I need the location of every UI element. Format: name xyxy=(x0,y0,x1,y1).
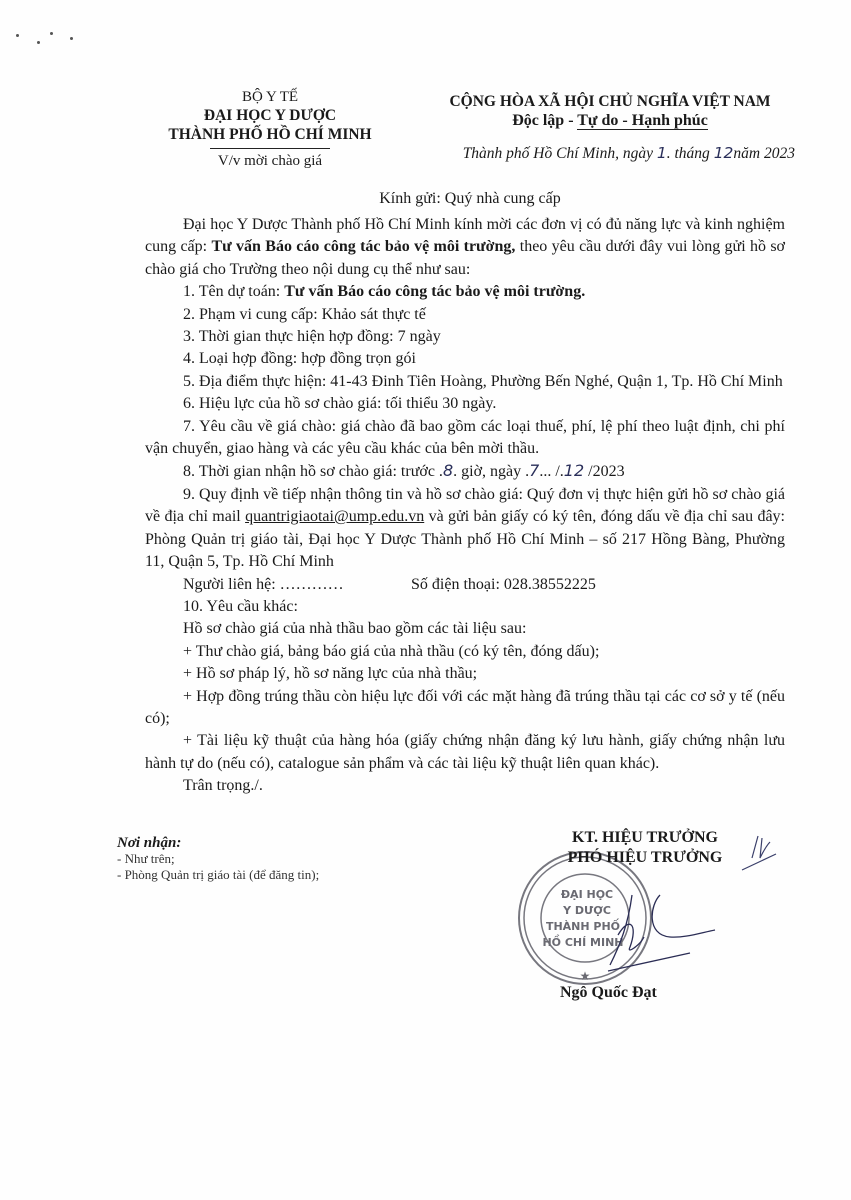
letter-body: Đại học Y Dược Thành phố Hồ Chí Minh kín… xyxy=(145,214,785,798)
item-8: 8. Thời gian nhận hồ sơ chào giá: trước … xyxy=(145,460,785,483)
recipient-item: - Như trên; xyxy=(117,851,319,867)
handwritten-month: 12 xyxy=(714,144,734,162)
item-10: 10. Yêu cầu khác: xyxy=(145,596,785,618)
doc-requirement: + Thư chào giá, bảng báo giá của nhà thầ… xyxy=(145,641,785,663)
recipients-block: Nơi nhận: - Như trên; - Phòng Quản trị g… xyxy=(117,835,319,883)
handwritten-signature-icon xyxy=(600,875,720,985)
recipient-item: - Phòng Quản trị giáo tài (để đăng tin); xyxy=(117,867,319,883)
university-name-line1: ĐẠI HỌC Y DƯỢC xyxy=(130,106,410,125)
signature-block: KT. HIỆU TRƯỞNG PHÓ HIỆU TRƯỞNG xyxy=(540,828,750,868)
issuer-header: BỘ Y TẾ ĐẠI HỌC Y DƯỢC THÀNH PHỐ HỒ CHÍ … xyxy=(130,88,410,170)
signature-title-1: KT. HIỆU TRƯỞNG xyxy=(540,828,750,848)
intro-paragraph: Đại học Y Dược Thành phố Hồ Chí Minh kín… xyxy=(145,214,785,281)
doc-requirement: + Tài liệu kỹ thuật của hàng hóa (giấy c… xyxy=(145,730,785,775)
ministry-name: BỘ Y TẾ xyxy=(130,88,410,106)
item-6: 6. Hiệu lực của hồ sơ chào giá: tối thiể… xyxy=(145,393,785,415)
item-10-intro: Hồ sơ chào giá của nhà thầu bao gồm các … xyxy=(145,618,785,640)
signer-name: Ngô Quốc Đạt xyxy=(560,984,657,1002)
signature-title-2: PHÓ HIỆU TRƯỞNG xyxy=(540,848,750,868)
item-7: 7. Yêu cầu về giá chào: giá chào đã bao … xyxy=(145,416,785,461)
national-motto: Độc lập - Tự do - Hạnh phúc xyxy=(512,111,708,131)
item-4: 4. Loại hợp đồng: hợp đồng trọn gói xyxy=(145,348,785,370)
handwritten-day: 1 xyxy=(657,144,667,162)
doc-requirement: + Hồ sơ pháp lý, hồ sơ năng lực của nhà … xyxy=(145,663,785,685)
item-3: 3. Thời gian thực hiện hợp đồng: 7 ngày xyxy=(145,326,785,348)
item-9: 9. Quy định về tiếp nhận thông tin và hồ… xyxy=(145,484,785,574)
nation-name: CỘNG HÒA XÃ HỘI CHỦ NGHĨA VIỆT NAM xyxy=(425,92,795,111)
university-name-line2: THÀNH PHỐ HỒ CHÍ MINH xyxy=(130,125,410,144)
doc-requirement: + Hợp đồng trúng thầu còn hiệu lực đối v… xyxy=(145,686,785,731)
email-link[interactable]: quantrigiaotai@ump.edu.vn xyxy=(245,508,424,525)
closing: Trân trọng./. xyxy=(145,775,785,797)
header-divider xyxy=(210,148,330,149)
item-2: 2. Phạm vi cung cấp: Khảo sát thực tế xyxy=(145,304,785,326)
recipients-title: Nơi nhận: xyxy=(117,835,319,851)
item-1: 1. Tên dự toán: Tư vấn Báo cáo công tác … xyxy=(145,281,785,303)
greeting: Kính gửi: Quý nhà cung cấp xyxy=(130,190,810,208)
item-5: 5. Địa điểm thực hiện: 41-43 Đinh Tiên H… xyxy=(145,371,785,393)
national-header: CỘNG HÒA XÃ HỘI CHỦ NGHĨA VIỆT NAM Độc l… xyxy=(425,92,795,131)
svg-text:★: ★ xyxy=(580,969,591,983)
subject-line: V/v mời chào giá xyxy=(130,152,410,170)
contact-line: Người liên hệ: …………Số điện thoại: 028.38… xyxy=(145,574,785,596)
document-date: Thành phố Hồ Chí Minh, ngày 1. tháng 12n… xyxy=(425,144,795,163)
